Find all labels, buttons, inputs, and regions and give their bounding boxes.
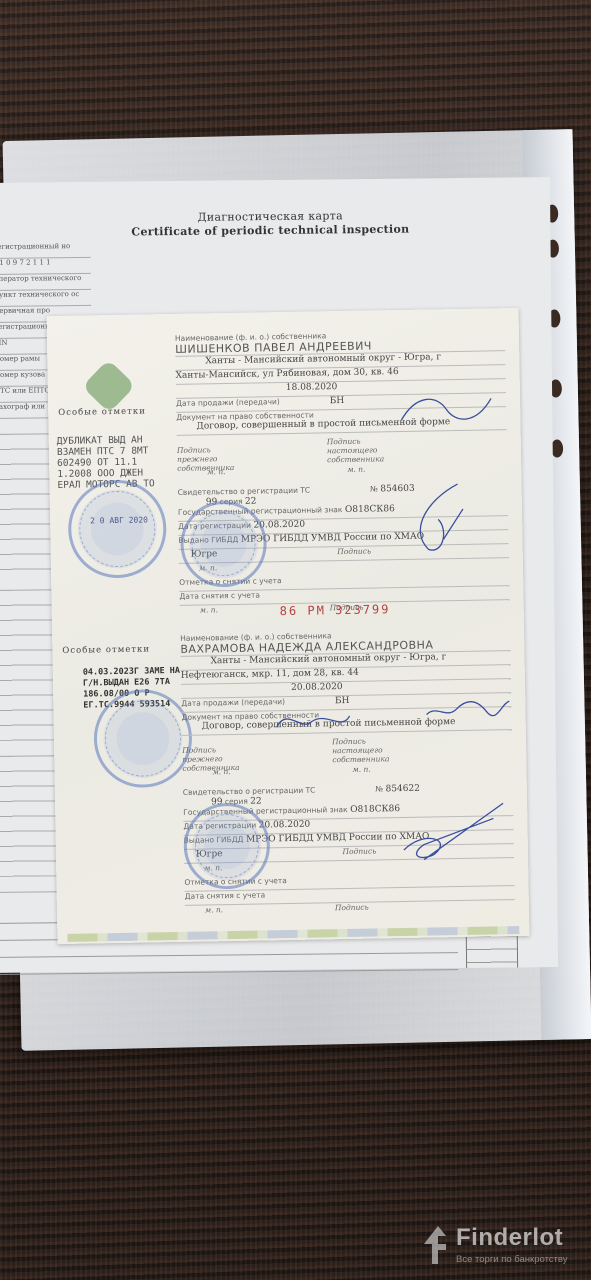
special-marks-label: Особые отметки	[62, 644, 150, 656]
passport-series-number: 86 РМ 323799	[280, 602, 391, 618]
vehicle-passport-page: Особые отметки ДУБЛИКАТ ВЫД АН ВЗАМЕН ПТ…	[47, 308, 530, 944]
doc-number: БН	[335, 696, 350, 706]
reg-series-b: 22	[245, 497, 257, 507]
signature-label: Подпись	[342, 846, 376, 856]
number-label: №	[370, 484, 378, 493]
special-marks-label: Особые отметки	[58, 406, 146, 418]
special-marks-column: Особые отметки ДУБЛИКАТ ВЫД АН ВЗАМЕН ПТ…	[47, 314, 183, 944]
doc-number: БН	[330, 396, 345, 406]
finderlot-logo-icon	[422, 1226, 448, 1264]
number-label: №	[375, 784, 383, 793]
finderlot-watermark: Finderlot Все торги по банкротству	[418, 1222, 588, 1272]
diag-row: Пункт технического ос	[0, 290, 91, 307]
signature-icon	[421, 693, 512, 725]
mp-label: м. п.	[352, 765, 370, 774]
diag-row: 0 1 0 9 7 2 1 1 1	[0, 258, 91, 275]
cur-owner-sig-label: Подпись настоящего собственника	[327, 436, 407, 464]
cur-owner-sig-label: Подпись настоящего собственника	[332, 736, 412, 764]
mp-label: м. п.	[212, 767, 230, 776]
diag-row: Оператор технического	[0, 274, 91, 291]
signature-label: Подпись	[337, 547, 371, 557]
mp-label: м. п.	[347, 465, 365, 474]
signature-icon	[407, 479, 468, 560]
mp-label: м. п.	[200, 605, 218, 614]
diagnostic-card-title: Диагностическая карта Certificate of per…	[110, 208, 430, 239]
stamp-icon	[93, 689, 193, 789]
emblem-icon	[82, 359, 136, 413]
issued-by: МРЭО ГИБДД УМВД России по ХМАО	[241, 532, 424, 545]
plate-value: О818СК86	[345, 504, 395, 515]
diag-row: Регистрационный но	[0, 242, 91, 259]
mp-label: м. п.	[205, 905, 223, 914]
signature-label: Подпись	[335, 903, 369, 913]
sale-date-label: Дата продажи (передачи)	[176, 397, 280, 408]
signature-icon	[396, 388, 497, 430]
mp-label: м. п.	[207, 467, 225, 476]
stamp-icon	[67, 479, 167, 579]
watermark-tagline: Все торги по банкротству	[456, 1254, 568, 1265]
reg-cert-label: Свидетельство о регистрации ТС	[178, 486, 311, 497]
watermark-name: Finderlot	[456, 1224, 563, 1252]
reg-number: 854622	[385, 784, 420, 795]
reg-cert-label: Свидетельство о регистрации ТС	[183, 786, 316, 797]
reg-series-b: 22	[250, 796, 262, 806]
title-en: Certificate of periodic technical inspec…	[110, 222, 430, 239]
signature-icon	[271, 706, 352, 737]
signature-icon	[393, 798, 514, 870]
sale-date-label: Дата продажи (передачи)	[181, 697, 285, 708]
